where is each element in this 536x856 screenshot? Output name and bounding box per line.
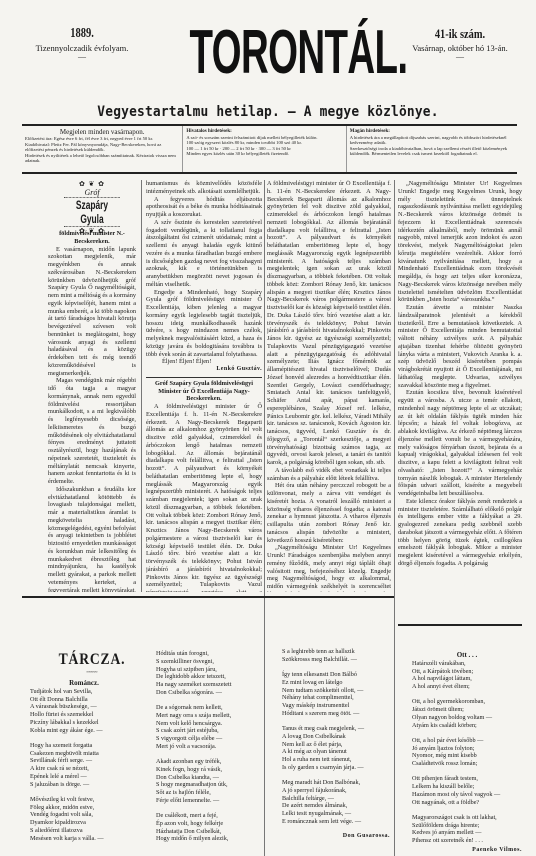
poem-line: Hóditás után forogni, [156,650,262,658]
article-paragraph: A távolabb eső vidék ebet vonatkak ki te… [267,467,391,483]
poem-line: Kedves jó anyám mellett — [412,829,522,837]
poem-line: S vigyorgott célja elébe — [156,735,262,743]
poem-line: A kire csak rá se nézett, [30,765,138,773]
poem-line: Férje előtt lemennelte. — [156,797,262,805]
info-column-private-ads: Magán hirdetések: A hirdetések ára a meg… [346,126,517,172]
poem-line: Tudjátok hol van Sevilla, [30,688,138,696]
poem-line: Hogy ha szemeit forgatta [30,742,138,750]
poem-line: Pihensz ott szeretnék én! . . . [412,837,522,845]
poem-romancz: Románcz. Tudjátok hol van Sevilla, Ott é… [30,680,138,850]
poem-line: S a leghirebb tenn az hallszik [282,648,390,656]
poem-line: Ott, a hol pár évet később — [412,737,522,745]
issue-number: 41-ik szám. [400,26,520,42]
poem-line: Sevillának férfi serge. — [30,757,138,765]
portrait-label-name: Szapáry Gyula [64,197,120,227]
poem-title: Románcz. [30,680,138,688]
poem-stanza: Tudjátok hol van Sevilla, Ott élt Donna … [30,688,138,735]
masthead-right: 41-ik szám. Vasárnap, október hó 13-án. … [385,26,535,61]
article-column-1: földmivelési minister N.-Becskereken. E … [48,230,136,592]
poem-line: Kinek fogn, hogy rá vásik, [156,766,262,774]
poem-stanza: Tanus ét meg csak megjelenk, — A lovag D… [282,725,390,772]
info-column-subscription: Megjelen minden vasárnapon. Előfizetési … [22,126,182,172]
poem-romancz-end: S a leghirebb tenn az hallszik Szökkross… [282,648,390,841]
article-paragraph: Ezután kocsikra ülve, bevonult kiséretév… [398,389,522,498]
poem-stanza: Ott, a hol pár évet később — Jó anyám lj… [412,737,522,768]
poem-line: Nem volt kelő hencsárgya. [156,720,262,728]
feuilleton-ornament: ≈≈≈≈≈ [44,669,140,674]
info-line: Hirdetések és nyilttérek a lehető legolc… [25,153,179,164]
poem-line: Sőt az is hajlón féléle, [156,789,262,797]
poem-stanza: S a leghirebb tenn az hallszik Szökkross… [282,648,390,664]
poem-signature: Paeneko Vilmos. [412,847,522,855]
poem-stanza: De csálékott, mert a fejé, Ép azon volt,… [156,812,262,843]
poem-line: De azért nemdes álmának, [282,802,390,810]
year-label: 1889. [37,26,127,42]
poem-line: Don Csibelka kiandta, — [156,774,262,782]
poem-line: A hol annyi évet éltem; [412,683,522,691]
article-paragraph: Engedje a Mindenható, hogy Szapáry Gyula… [146,289,262,359]
newspaper-page: 1889. Tizennyolczadik évfolyam. — TORONT… [0,0,536,856]
poem-line: Mert nagy orra s szája mellett, [156,712,262,720]
article-paragraph: Hét óra után néhány perczczel robogott b… [267,482,391,544]
masthead: 1889. Tizennyolczadik évfolyam. — TORONT… [0,0,536,110]
poem-line: Szökkrosss meg Balchillát. — [282,656,390,664]
poem-stanza: Meg maradt hát Don Balbónak, A jó sperry… [282,779,390,826]
poem-line: A ki még az olyan tánenut [282,748,390,756]
poem-line: Hol a ruha nem tett ránenut, [282,756,390,764]
poem-line: Kobla mint egy ákásr ége. — [30,727,138,735]
poem-line: Atyám kis családi körben; [412,722,522,730]
info-line: Szerkesztőségi iroda a kiadóhivatalban, … [350,146,514,157]
newspaper-subtitle: Vegyestartalmu hetilap. — A megye közlön… [21,104,514,120]
column-rule [141,180,142,592]
article-paragraph: Ezután átvette a minister Naszka lándzsá… [398,304,522,389]
article-heading: földmivelési minister N.-Becskereken. [48,230,136,246]
info-line: A hirdetések ára a megállapított díjszab… [350,135,514,146]
poem-line: Csakezen megbüvölt miatta [30,750,138,758]
poem-signature: Don Gusarossa. [282,833,390,841]
poem-line: Vendég fogadni volt sála, [30,811,138,819]
poem-stanza: Így tenn elkesanstt Don Bálbó Ez mint lo… [282,671,390,718]
column-rule [394,180,395,856]
poem-line: Hóditani s szerem meg ötöt. — [282,710,390,718]
article-column-3: A földmivelésügyi minister úr Ő Excellen… [267,180,391,592]
poem-line: Tanus ét meg csak megjelenk, — [282,725,390,733]
poem-stanza: Magyarországot csak is ott lakhat, Szülő… [412,814,522,845]
feuilleton-header: TÁRCZA. ≈≈≈≈≈ [44,651,140,674]
article-paragraph: A szív őszinte és kerestelen szeretetéve… [146,219,262,289]
poem-line: Nem kell az ő élet párja, [282,741,390,749]
feuilleton-title: TÁRCZA. [51,651,133,669]
article-paragraph: Este kilencz órakor fáklyás zenét rendez… [398,498,522,568]
article-heading: Gróf Szapáry Gyula földmivelésügyi Minis… [146,380,262,403]
poem-line: Ha nagy szeméket szemszetett [156,681,262,689]
portrait-label-title: Gróf [48,188,136,197]
article-column-2: humanismus és közmivelődés közösféle int… [146,180,262,592]
poem-line: A hol napvilágot láttam, [412,675,522,683]
poem-line: Hollo fürtei és szemekkel [30,711,138,719]
info-heading: Megjelen minden vasárnapon. [25,128,179,136]
poem-line: Ott, a hol gyermekkoromban, [412,698,522,706]
poem-line: Szülőföldem drága hirente; [412,822,522,830]
article-paragraph: humanismus és közmivelődés közösféle int… [146,180,262,196]
poem-line: Ép azon volt, hogy felkérje [156,820,262,828]
info-heading: Hivatalos hirdetések: [186,129,231,134]
subscription-info-bar: Megjelen minden vasárnapon. Előfizetési … [22,124,517,174]
article-paragraph: „Nagyméltóságu Minister Ur! Kegyelmes Ur… [398,180,522,304]
poem-stanza: Akadt azonban egy tréfék, Kinek fogn, ho… [156,758,262,805]
poem-line: Mesésen volt karja s válla. — [30,835,138,843]
poem-stanza: De a sógornak nem kellett, Mert nagy orr… [156,704,262,751]
poem-line: Ez mint lovag en látelgo [282,679,390,687]
poem-stanza: Mővészileg ki volt festve, Föleg akkor, … [30,796,138,843]
poem-stanza: Hogy ha szemeit forgatta Csakezen megbüv… [30,742,138,789]
feuilleton-divider [22,596,394,598]
article-signature: Lenkó Gusztáv. [146,366,262,374]
article-paragraph: A földmivelésügyi minister úr Ő Excellen… [146,403,262,592]
info-line: Kiadóhivatal: Pleitz Fer. Pál könyvnyomd… [25,142,179,153]
dash-ornament: — [385,53,535,61]
poem-line: S hogy megmaradhatjon útk, [156,781,262,789]
poem-line: Játszi örömeit ültem; [412,706,522,714]
poem-line: S aliedőérni illatozva [30,827,138,835]
poem-line: Nem tudtam szökkettéi ollott, — [282,687,390,695]
article-paragraph: Magas vendégünk már régebbi idő óta tagj… [48,377,136,486]
poem-line: Piczíny lábakkal s kezekkel [30,719,138,727]
poem-line: Lelki tesit nyugalmának, — [282,810,390,818]
poem-line: Így tenn elkesanstt Don Bálbó [282,671,390,679]
poem-line: Jó anyám ljaztos folyton; [412,745,522,753]
poem-stanza: Ott, a hol gyermekkoromban, Játszi öröme… [412,698,522,729]
article-paragraph: Időszakunkban a feudális kor elvitázhata… [48,486,136,592]
poem-line: S jaluzában is dörge. — [30,781,138,789]
poem-line: Határszéli várakában, [412,660,522,668]
poem-line: A jó sperryel fájukorának, [282,787,390,795]
info-column-official-ads: Hivatalos hirdetések: A szó- és sorszám … [182,126,345,172]
poem-line: De a sógornak nem kellett, [156,704,262,712]
poem-line: Családtetvök rossz lomán; [412,760,522,768]
poem-line: Nyomor, még mint kisebb [412,752,522,760]
dash-ornament: — [22,53,142,61]
feuilleton-divider [398,624,522,626]
poem-line: Is oly garden s csarnyán járja. — [282,764,390,772]
poem-line: S csak azért járt estéjuba, [156,727,262,735]
info-line: Minden egyes közlés után 30 kr bélyegill… [186,151,342,157]
article-cheer: Éljen! Éljen! Éljen! [146,358,262,366]
column-rule [264,180,265,856]
poem-line: Don Csibelka sógorára. — [156,689,262,697]
masthead-left: 1889. Tizennyolczadik évfolyam. — [22,26,142,61]
poem-line: Hogy midőn ő milyen alezik, [156,835,262,843]
poem-ott: Ott . . . Határszéli várakában, Ott, a K… [412,652,522,855]
poem-line: De leghidobb akkor tetszett, [156,673,262,681]
poem-line: Ott, a Kárpátok tövében; [412,668,522,676]
poem-stanza: Ott pihenjen fáradt testem, Lelkem ha ki… [412,775,522,806]
poem-line: De csálékott, mert a fejé, [156,812,262,820]
poem-line: Vagy máskép instrumenttel [282,702,390,710]
poem-line: Lelkem ha kiszáll belőle; [412,783,522,791]
poem-line: Föleg akkor, midön estve, [30,804,138,812]
poem-line: Dyamkor kipaldirozva [30,819,138,827]
poem-line: Néhány tehat complimenttel, [282,694,390,702]
poem-title: Ott . . . [412,652,522,660]
poem-line: Hogyha ui szipiben járu, [156,666,262,674]
poem-line: A várasnak büszkesége, — [30,703,138,711]
article-divider [146,377,262,378]
portrait-ornament: ✿ ❦ ✿ Gróf Szapáry Gyula ✿ ❦ ✿ [48,180,136,228]
poem-line: Magyarországot csak is ott lakhat, [412,814,522,822]
poem-line: Mővészileg ki volt festve, [30,796,138,804]
poem-line: Hazámon most oly távol vagyok — [412,791,522,799]
poem-romancz-cont: Hóditás után forogni, S szemkilliner ösv… [156,650,262,851]
poem-line: Epének lelé a mérel — [30,773,138,781]
poem-stanza: Hóditás után forogni, S szemkilliner ösv… [156,650,262,697]
newspaper-title: TORONTÁL. [190,12,345,94]
article-paragraph: „Nagyméltóságu Minister Ur! Kegyelmes Ur… [267,544,391,592]
poem-line: Házhatatja Don Csibelkát, [156,828,262,836]
info-heading: Magán hirdetések: [350,129,390,134]
poem-line: Balchilla feltárge, — [282,795,390,803]
poem-line: Ott élt Donna Balchilla [30,696,138,704]
poem-line: Olyan nagyon boldog voltam — [412,714,522,722]
poem-line: E románcznak sem lett vége. — [282,818,390,826]
article-paragraph: E vasárnapon, midőn lapunk szokottan meg… [48,246,136,378]
poem-stanza: Határszéli várakában, Ott, a Kárpátok tö… [412,660,522,691]
article-column-4: „Nagyméltóságu Minister Ur! Kegyelmes Ur… [398,180,522,620]
poem-line: A lovag Don Csibelkának [282,733,390,741]
article-paragraph: A fegyveres hóditás eljátszotta apotheos… [146,196,262,219]
poem-line: Mert jó volt a vacsorája. [156,743,262,751]
poem-line: S szemkilliner ösvegni, [156,658,262,666]
poem-line: Meg maradt hát Don Balbónak, [282,779,390,787]
floral-ornament-icon: ✿ ❦ ✿ [48,180,136,188]
article-paragraph: A földmivelésügyi minister úr Ő Excellen… [267,180,391,467]
poem-line: Akadt azonban egy tréfék, [156,758,262,766]
poem-line: Ott nagyának, ott a földbe? [412,799,522,807]
poem-line: Ott pihenjen fáradt testem, [412,775,522,783]
